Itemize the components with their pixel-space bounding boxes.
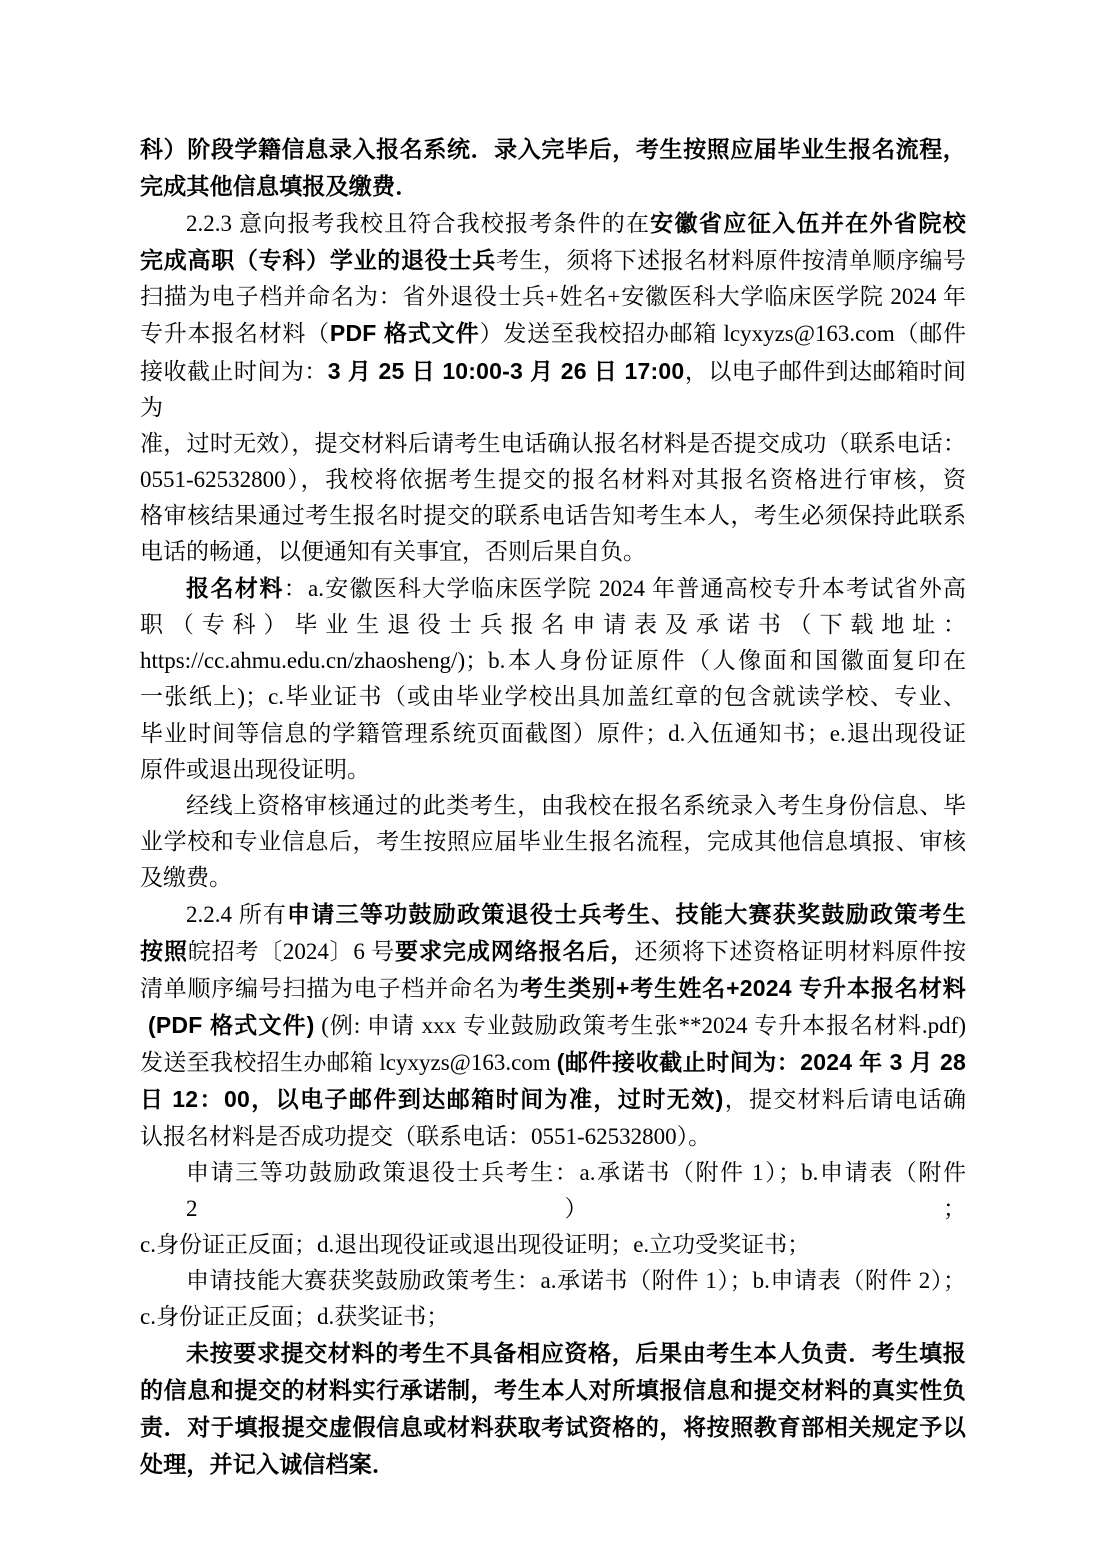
text-line: 2.2.4 所有申请三等功鼓励政策退役士兵考生、技能大赛获奖鼓励政策考生 — [140, 896, 966, 933]
text-line: 责．对于填报提交虚假信息或材料获取考试资格的，将按照教育部相关规定予以 — [140, 1409, 966, 1446]
text-line: (PDF 格式文件) (例: 申请 xxx 专业鼓励政策考生张**2024 专升… — [140, 1007, 966, 1044]
text-line: 清单顺序编号扫描为电子档并命名为考生类别+考生姓名+2024 专升本报名材料 — [140, 970, 966, 1007]
bold-text-run: (PDF 格式文件) — [148, 1012, 315, 1038]
text-line: 申请技能大赛获奖鼓励政策考生：a.承诺书（附件 1）；b.申请表（附件 2）； — [140, 1263, 966, 1299]
text-line: 发送至我校招生办邮箱 lcyxyzs@163.com (邮件接收截止时间为：20… — [140, 1044, 966, 1081]
text-run: 毕业时间等信息的学籍管理系统页面截图）原件；d.入伍通知书；e.退出现役证 — [140, 721, 966, 746]
text-line: 电话的畅通，以便通知有关事宜，否则后果自负。 — [140, 534, 966, 570]
text-line: c.身份证正反面；d.获奖证书； — [140, 1299, 966, 1335]
text-run: ）发送至我校招办邮箱 lcyxyzs@163.com（邮件 — [480, 321, 966, 346]
text-run: 还须将下述资格证明材料原件按 — [634, 939, 966, 964]
text-run: 及缴费。 — [140, 865, 232, 890]
bold-text-run: 报名材料 — [186, 575, 284, 601]
text-run: https://cc.ahmu.edu.cn/zhaosheng/)；b.本人身… — [140, 648, 966, 673]
text-run: 电话的畅通，以便通知有关事宜，否则后果自负。 — [140, 539, 646, 564]
text-line: 一张纸上)；c.毕业证书（或由毕业学校出具加盖红章的包含就读学校、专业、 — [140, 679, 966, 715]
bold-text-run: 完成高职（专科）学业的退役士兵 — [140, 247, 496, 273]
text-run: 申请三等功鼓励政策退役士兵考生：a.承诺书（附件 1）；b.申请表（附件 2）； — [186, 1160, 966, 1221]
bold-text-run: 完成其他信息填报及缴费． — [140, 173, 418, 199]
text-line: 扫描为电子档并命名为：省外退役士兵+姓名+安徽医科大学临床医学院 2024 年 — [140, 279, 966, 315]
text-run: (例: 申请 xxx 专业鼓励政策考生张**2024 专升本报名材料.pdf) — [315, 1013, 966, 1038]
text-line: 经线上资格审核通过的此类考生，由我校在报名系统录入考生身份信息、毕 — [140, 788, 966, 824]
bold-text-run: 安徽省应征入伍并在外省院校 — [650, 210, 966, 236]
text-line: 未按要求提交材料的考生不具备相应资格，后果由考生本人负责．考生填报 — [140, 1335, 966, 1372]
text-run: 经线上资格审核通过的此类考生，由我校在报名系统录入考生身份信息、毕 — [186, 793, 966, 818]
text-run: 2.2.4 所有 — [186, 902, 287, 927]
text-run: 扫描为电子档并命名为：省外退役士兵+姓名+安徽医科大学临床医学院 2024 年 — [140, 284, 966, 309]
text-run: 格审核结果通过考生报名时提交的联系电话告知考生本人，考生必须保持此联系 — [140, 503, 966, 528]
text-run: 考生，须将下述报名材料原件按清单顺序编号 — [496, 248, 966, 273]
text-run: 2.2.3 意向报考我校且符合我校报考条件的在 — [186, 211, 650, 236]
text-run: 发送至我校招生办邮箱 lcyxyzs@163.com — [140, 1050, 557, 1075]
bold-text-run: 责．对于填报提交虚假信息或材料获取考试资格的，将按照教育部相关规定予以 — [140, 1414, 966, 1440]
text-line: 报名材料：a.安徽医科大学临床医学院 2024 年普通高校专升本考试省外高 — [140, 570, 966, 607]
text-line: 申请三等功鼓励政策退役士兵考生：a.承诺书（附件 1）；b.申请表（附件 2）； — [140, 1155, 966, 1227]
text-line: 科）阶段学籍信息录入报名系统．录入完毕后，考生按照应届毕业生报名流程， — [140, 131, 966, 168]
text-line: 原件或退出现役证明。 — [140, 752, 966, 788]
bold-text-run: PDF 格式文件 — [330, 320, 480, 346]
text-line: 职（专科）毕业生退役士兵报名申请表及承诺书（下载地址： — [140, 607, 966, 643]
text-run: 清单顺序编号扫描为电子档并命名为 — [140, 976, 520, 1001]
text-line: 完成高职（专科）学业的退役士兵考生，须将下述报名材料原件按清单顺序编号 — [140, 242, 966, 279]
text-run: 皖招考〔2024〕6 号 — [188, 939, 395, 964]
text-line: 日 12：00，以电子邮件到达邮箱时间为准，过时无效)，提交材料后请电话确 — [140, 1081, 966, 1118]
text-run: 准，过时无效），提交材料后请考生电话确认报名材料是否提交成功（联系电话： — [140, 431, 966, 456]
text-line: 毕业时间等信息的学籍管理系统页面截图）原件；d.入伍通知书；e.退出现役证 — [140, 716, 966, 752]
text-line: 按照皖招考〔2024〕6 号要求完成网络报名后，还须将下述资格证明材料原件按 — [140, 933, 966, 970]
text-line: 专升本报名材料（PDF 格式文件）发送至我校招办邮箱 lcyxyzs@163.c… — [140, 315, 966, 352]
bold-text-run: 考生类别+考生姓名+2024 专升本报名材料 — [520, 975, 966, 1001]
text-line: 0551-62532800），我校将依据考生提交的报名材料对其报名资格进行审核，… — [140, 462, 966, 498]
bold-text-run: 未按要求提交材料的考生不具备相应资格，后果由考生本人负责．考生填报 — [186, 1340, 966, 1366]
bold-text-run: 申请三等功鼓励政策退役士兵考生、技能大赛获奖鼓励政策考生 — [287, 901, 966, 927]
text-run: 业学校和专业信息后，考生按照应届毕业生报名流程，完成其他信息填报、审核 — [140, 829, 966, 854]
text-line: 2.2.3 意向报考我校且符合我校报考条件的在安徽省应征入伍并在外省院校 — [140, 205, 966, 242]
document-body: 科）阶段学籍信息录入报名系统．录入完毕后，考生按照应届毕业生报名流程，完成其他信… — [140, 131, 966, 1483]
text-run: 认报名材料是否成功提交（联系电话：0551-62532800）。 — [140, 1124, 711, 1149]
text-run: 申请技能大赛获奖鼓励政策考生：a.承诺书（附件 1）；b.申请表（附件 2）； — [186, 1268, 966, 1293]
text-line: 处理，并记入诚信档案． — [140, 1446, 966, 1483]
text-line: 完成其他信息填报及缴费． — [140, 168, 966, 205]
text-run: c.身份证正反面；d.获奖证书； — [140, 1304, 449, 1329]
text-run: 一张纸上)；c.毕业证书（或由毕业学校出具加盖红章的包含就读学校、专业、 — [140, 684, 966, 709]
bold-text-run: 要求完成网络报名后， — [395, 938, 634, 964]
text-line: 及缴费。 — [140, 860, 966, 896]
bold-text-run: 处理，并记入诚信档案． — [140, 1451, 395, 1477]
text-run: 0551-62532800），我校将依据考生提交的报名材料对其报名资格进行审核，… — [140, 467, 966, 492]
text-run: 职（专科）毕业生退役士兵报名申请表及承诺书（下载地址： — [140, 612, 966, 637]
text-line: 认报名材料是否成功提交（联系电话：0551-62532800）。 — [140, 1119, 966, 1155]
bold-text-run: (邮件接收截止时间为：2024 年 3 月 28 — [557, 1049, 966, 1075]
bold-text-run: 的信息和提交的材料实行承诺制，考生本人对所填报信息和提交材料的真实性负 — [140, 1377, 966, 1403]
text-line: c.身份证正反面；d.退出现役证或退出现役证明；e.立功受奖证书； — [140, 1227, 966, 1263]
text-line: 的信息和提交的材料实行承诺制，考生本人对所填报信息和提交材料的真实性负 — [140, 1372, 966, 1409]
text-run: c.身份证正反面；d.退出现役证或退出现役证明；e.立功受奖证书； — [140, 1232, 810, 1257]
text-run: ，提交材料后请电话确 — [724, 1087, 966, 1112]
text-run: 专升本报名材料（ — [140, 321, 330, 346]
bold-text-run: 3 月 25 日 10:00-3 月 26 日 17:00 — [328, 358, 685, 384]
bold-text-run: 按照 — [140, 938, 188, 964]
bold-text-run: 科）阶段学籍信息录入报名系统．录入完毕后，考生按照应届毕业生报名流程， — [140, 136, 966, 162]
document-page: 科）阶段学籍信息录入报名系统．录入完毕后，考生按照应届毕业生报名流程，完成其他信… — [0, 0, 1102, 1559]
text-run: 接收截止时间为： — [140, 359, 328, 384]
text-run: ：a.安徽医科大学临床医学院 2024 年普通高校专升本考试省外高 — [284, 576, 966, 601]
text-line: https://cc.ahmu.edu.cn/zhaosheng/)；b.本人身… — [140, 643, 966, 679]
text-line: 业学校和专业信息后，考生按照应届毕业生报名流程，完成其他信息填报、审核 — [140, 824, 966, 860]
text-run: 原件或退出现役证明。 — [140, 757, 370, 782]
text-line: 准，过时无效），提交材料后请考生电话确认报名材料是否提交成功（联系电话： — [140, 426, 966, 462]
bold-text-run: 日 12：00，以电子邮件到达邮箱时间为准，过时无效) — [140, 1086, 724, 1112]
text-line: 接收截止时间为：3 月 25 日 10:00-3 月 26 日 17:00，以电… — [140, 353, 966, 426]
text-line: 格审核结果通过考生报名时提交的联系电话告知考生本人，考生必须保持此联系 — [140, 498, 966, 534]
